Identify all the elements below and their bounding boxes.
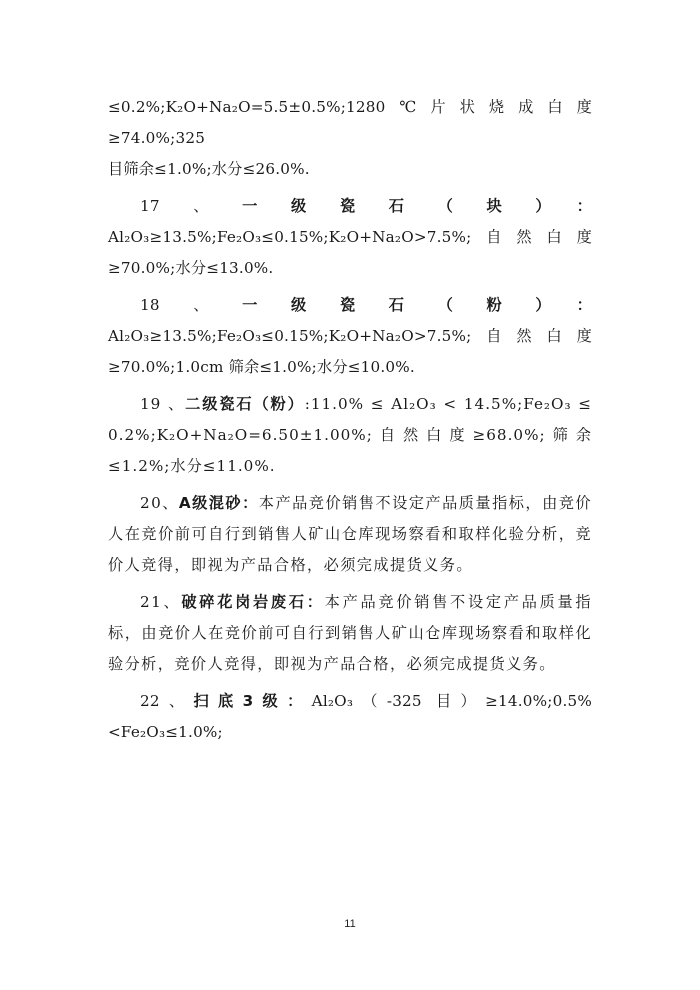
- item-number: 20、: [140, 494, 179, 512]
- item-number: 21、: [140, 593, 181, 611]
- item-title: 扫底3级：: [193, 692, 311, 710]
- continuation-line-2: 目筛余≤1.0%;水分≤26.0%.: [108, 160, 310, 178]
- page-number: 11: [0, 918, 700, 930]
- continuation-line-1: ≤0.2%;K₂O+Na₂O=5.5±0.5%;1280℃片状烧成白度≥74.0…: [108, 98, 592, 147]
- item-body: Al₂O₃≥13.5%;Fe₂O₃≤0.15%;K₂O+Na₂O>7.5%;自然…: [108, 327, 592, 376]
- item-number: 17、: [140, 197, 242, 215]
- item-body: Al₂O₃≥13.5%;Fe₂O₃≤0.15%;K₂O+Na₂O>7.5%;自然…: [108, 228, 592, 277]
- item-title: A级混砂：: [179, 494, 259, 512]
- item-17: 17、一级瓷石（块）：Al₂O₃≥13.5%;Fe₂O₃≤0.15%;K₂O+N…: [108, 191, 592, 284]
- item-title: 破碎花岗岩废石：: [181, 593, 324, 611]
- document-page: ≤0.2%;K₂O+Na₂O=5.5±0.5%;1280℃片状烧成白度≥74.0…: [0, 0, 700, 990]
- item-number: 18、: [140, 296, 242, 314]
- continuation-paragraph: ≤0.2%;K₂O+Na₂O=5.5±0.5%;1280℃片状烧成白度≥74.0…: [108, 92, 592, 185]
- item-18: 18、一级瓷石（粉）：Al₂O₃≥13.5%;Fe₂O₃≤0.15%;K₂O+N…: [108, 290, 592, 383]
- page-content: ≤0.2%;K₂O+Na₂O=5.5±0.5%;1280℃片状烧成白度≥74.0…: [108, 92, 592, 748]
- item-22: 22、扫底3级：Al₂O₃（-325 目）≥14.0%;0.5%<Fe₂O₃≤1…: [108, 686, 592, 748]
- item-20: 20、A级混砂：本产品竞价销售不设定产品质量指标，由竞价人在竞价前可自行到销售人…: [108, 488, 592, 581]
- item-title: 一级瓷石（粉）：: [242, 296, 592, 314]
- item-number: 22、: [140, 692, 193, 710]
- item-number: 19 、: [140, 395, 185, 413]
- item-title: 二级瓷石（粉）: [185, 395, 305, 413]
- item-title: 一级瓷石（块）：: [242, 197, 592, 215]
- item-21: 21、破碎花岗岩废石：本产品竞价销售不设定产品质量指标，由竞价人在竞价前可自行到…: [108, 587, 592, 680]
- item-19: 19 、二级瓷石（粉）:11.0% ≤ Al₂O₃ < 14.5%;Fe₂O₃ …: [108, 389, 592, 482]
